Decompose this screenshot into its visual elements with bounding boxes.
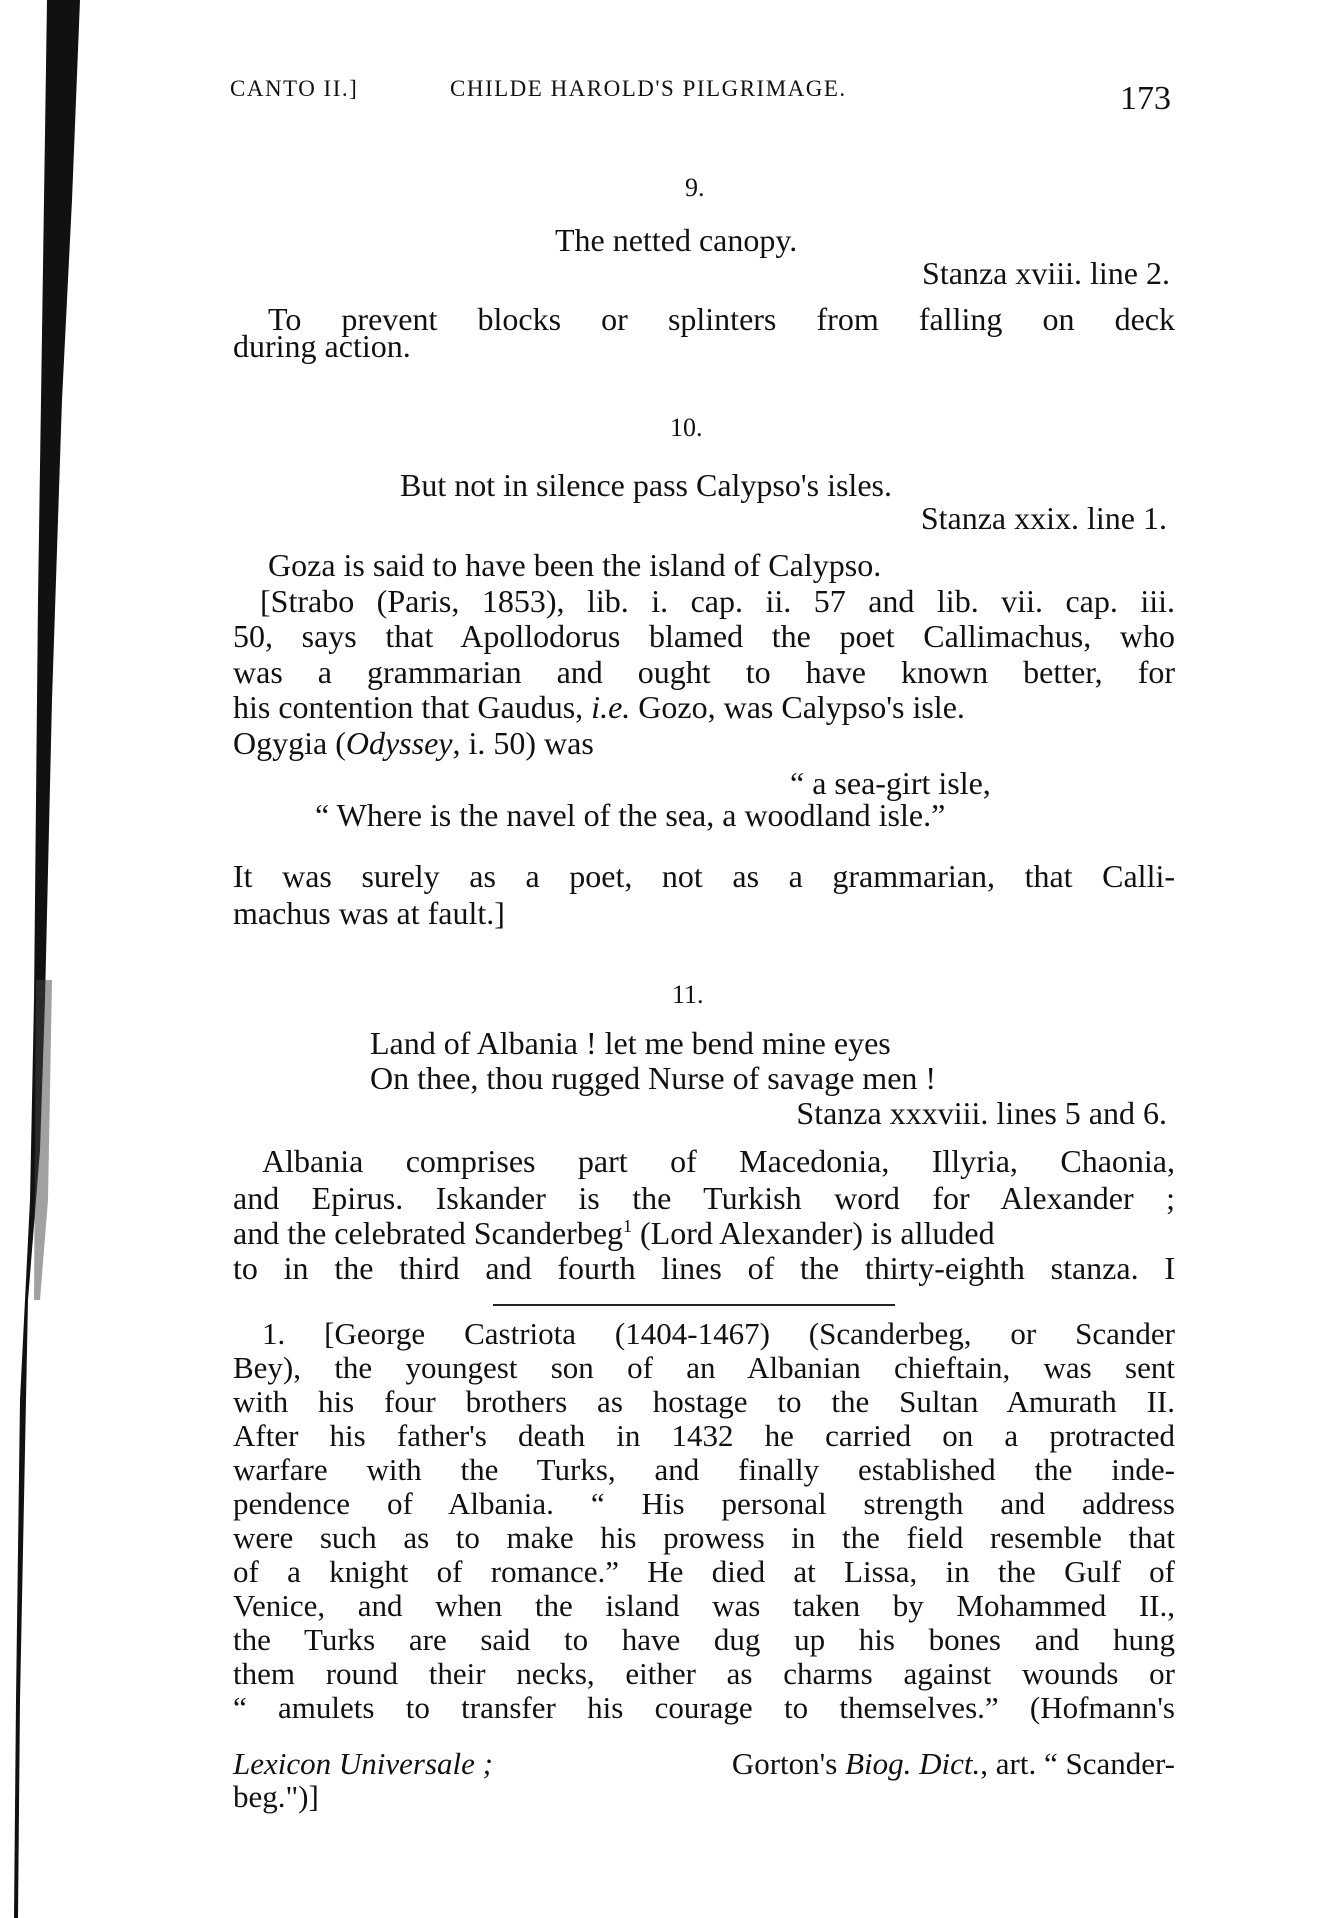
running-header-canto: CANTO II.] bbox=[230, 77, 358, 100]
note-10-closing-line: machus was at fault.] bbox=[233, 897, 505, 929]
text-span: Gozo, was Calypso's isle. bbox=[630, 689, 965, 725]
book-page: CANTO II.] CHILDE HAROLD'S PILGRIMAGE. 1… bbox=[0, 0, 1337, 1918]
footnote-line: Bey), the youngest son of an Albanian ch… bbox=[233, 1352, 1175, 1383]
binding-shadow bbox=[0, 0, 120, 1918]
note-11-text-line: and Epirus. Iskander is the Turkish word… bbox=[233, 1182, 1175, 1214]
text-span-italic: Biog. Dict. bbox=[845, 1746, 980, 1781]
note-10-text-line: Goza is said to have been the island of … bbox=[268, 549, 881, 581]
note-10-closing-line: It was surely as a poet, not as a gramma… bbox=[233, 860, 1175, 892]
note-10-text-line: his contention that Gaudus, i.e. Gozo, w… bbox=[233, 691, 1175, 723]
note-11-reference: Stanza xxxviii. lines 5 and 6. bbox=[796, 1097, 1167, 1129]
footnote-line: pendence of Albania. “ His personal stre… bbox=[233, 1488, 1175, 1519]
text-span: Ogygia ( bbox=[233, 725, 346, 761]
note-10-text-line: Ogygia (Odyssey, i. 50) was bbox=[233, 727, 594, 759]
note-10-quote: But not in silence pass Calypso's isles. bbox=[400, 469, 892, 501]
text-span-italic: i.e. bbox=[591, 689, 630, 725]
footnote-line: beg.")] bbox=[233, 1781, 319, 1812]
footnote-line: “ amulets to transfer his courage to the… bbox=[233, 1692, 1175, 1723]
note-10-reference: Stanza xxix. line 1. bbox=[921, 502, 1167, 534]
footnote-line: were such as to make his prowess in the … bbox=[233, 1522, 1175, 1553]
note-9-reference: Stanza xviii. line 2. bbox=[922, 257, 1170, 289]
note-10-text-line: was a grammarian and ought to have known… bbox=[233, 656, 1175, 688]
footnote-line: warfare with the Turks, and finally esta… bbox=[233, 1454, 1175, 1485]
note-11-text-line: to in the third and fourth lines of the … bbox=[233, 1252, 1175, 1284]
verse-line: “ a sea-girt isle, bbox=[790, 767, 991, 799]
footnote-line: the Turks are said to have dug up his bo… bbox=[233, 1624, 1175, 1655]
text-span: (Lord Alexander) is alluded bbox=[632, 1215, 995, 1251]
note-10-text-line: 50, says that Apollodorus blamed the poe… bbox=[233, 620, 1175, 652]
text-span: , i. 50) was bbox=[452, 725, 593, 761]
footnote-line: After his father's death in 1432 he carr… bbox=[233, 1420, 1175, 1451]
text-span: his contention that Gaudus, bbox=[233, 689, 591, 725]
verse-line: “ Where is the navel of the sea, a woodl… bbox=[315, 799, 945, 831]
note-11-text-line: Albania comprises part of Macedonia, Ill… bbox=[262, 1145, 1175, 1177]
text-span: , art. “ Scander- bbox=[980, 1746, 1175, 1781]
text-span-italic: Odyssey bbox=[346, 725, 453, 761]
note-11-quote: Land of Albania ! let me bend mine eyes bbox=[370, 1027, 891, 1059]
footnote-line: Lexicon Universale ; Gorton's Biog. Dict… bbox=[233, 1748, 1175, 1779]
footnote-line: 1. [George Castriota (1404-1467) (Scande… bbox=[262, 1318, 1175, 1349]
footnote-rule bbox=[493, 1304, 895, 1306]
footnote-line: with his four brothers as hostage to the… bbox=[233, 1386, 1175, 1417]
running-header-title: CHILDE HAROLD'S PILGRIMAGE. bbox=[450, 77, 847, 100]
text-span: Gorton's bbox=[724, 1746, 845, 1781]
text-span: and the celebrated Scanderbeg bbox=[233, 1215, 623, 1251]
note-number-10: 10. bbox=[670, 415, 703, 441]
note-11-text-line: and the celebrated Scanderbeg1 (Lord Ale… bbox=[233, 1217, 1175, 1249]
note-number-9: 9. bbox=[685, 175, 705, 201]
note-11-quote: On thee, thou rugged Nurse of savage men… bbox=[370, 1062, 936, 1094]
footnote-line: them round their necks, either as charms… bbox=[233, 1658, 1175, 1689]
footnote-line: Venice, and when the island was taken by… bbox=[233, 1590, 1175, 1621]
note-number-11: 11. bbox=[672, 982, 704, 1008]
note-9-text-line: during action. bbox=[233, 330, 411, 362]
page-number: 173 bbox=[1120, 82, 1171, 116]
note-10-text-line: [Strabo (Paris, 1853), lib. i. cap. ii. … bbox=[260, 585, 1175, 617]
footnote-line: of a knight of romance.” He died at Liss… bbox=[233, 1556, 1175, 1587]
text-span-italic: Lexicon Universale ; bbox=[233, 1748, 493, 1779]
note-9-quote: The netted canopy. bbox=[555, 224, 797, 256]
footnote-marker[interactable]: 1 bbox=[623, 1216, 632, 1236]
